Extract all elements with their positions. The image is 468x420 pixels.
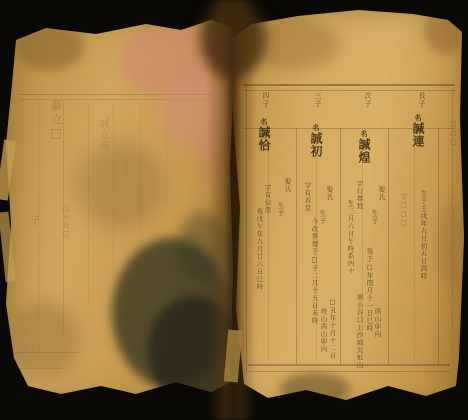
entry-name-text: 諴恰: [257, 126, 271, 152]
entry-detail: 娶氏: [378, 186, 385, 201]
entry-detail: 字有春堂: [304, 182, 311, 212]
entry-name-prefix: 名: [414, 114, 422, 122]
entry-header: 長子: [418, 92, 425, 108]
entry-name-prefix: 名: [260, 118, 268, 126]
brown-stain: [74, 140, 164, 230]
entry-detail: 娶氏: [326, 186, 333, 201]
entry-detail: 字□□□: [400, 193, 407, 228]
entry-detail: 生子: [371, 210, 378, 225]
entry-detail: 歿于□年閏月十一日巳時: [366, 248, 373, 332]
left-faint-text: 子: [28, 215, 38, 226]
entry-detail: 歿戊午年九月廿六日巳時: [256, 208, 263, 291]
entry-detail: 今改葬埋于□子二月十五日未時: [311, 218, 318, 325]
entry-name: 名誠初: [310, 124, 322, 158]
table-bottom-border: [248, 364, 450, 366]
right-page: 長子 名諴連 字□□□ 生于壬戌年九月初五日酉時 次子 名諴煌 娶氏 生子 字行…: [228, 8, 464, 408]
left-page: 夢立□ 誠立亮 子 □十月□ □□□: [6, 14, 234, 406]
table-top-border2: [243, 90, 455, 91]
column-rule: [388, 128, 389, 364]
entry-detail: 酉山卯向: [374, 308, 381, 338]
column-subrule: [268, 134, 269, 360]
entry-name: 名諴連: [412, 114, 424, 148]
left-faint-text: □十月□: [62, 205, 69, 239]
column-rule: [438, 128, 439, 364]
photo-of-genealogy-book: 夢立□ 誠立亮 子 □十月□ □□□: [0, 0, 468, 420]
entry-name-text: 諴煌: [357, 138, 371, 164]
entry-detail: 生三月六日午時系四十: [347, 200, 354, 275]
column-rule: [296, 128, 297, 364]
entry-name-prefix: 名: [360, 130, 368, 138]
entry-name-prefix: 名: [312, 124, 320, 132]
entry-detail: 生子: [277, 202, 284, 217]
entry-detail: 葬小谷口上沙坡大坵山: [356, 294, 363, 369]
brown-stain: [10, 300, 80, 380]
left-faint-text: 夢立□: [50, 100, 62, 141]
entry-header: 三子: [314, 92, 321, 108]
entry-header: 四子: [262, 92, 269, 108]
page-edge-faint-text: □□□: [450, 120, 457, 147]
entry-detail: □丑年十月十二日: [329, 298, 336, 360]
entry-header: 次子: [364, 92, 371, 108]
entry-detail: 字有信然: [264, 184, 271, 214]
table-top-border: [243, 84, 455, 86]
entry-name-text: 諴連: [411, 122, 425, 148]
entry-detail: 字行尊甡: [356, 180, 363, 210]
entry-detail: 生子: [319, 210, 326, 225]
column-rule: [340, 128, 341, 364]
entry-name: 名諴煌: [358, 130, 370, 164]
tear-shadow: [280, 372, 350, 406]
table-bottom-border2: [248, 371, 450, 372]
spine-top-dark-patch: [200, 0, 266, 78]
brown-stain: [440, 200, 466, 290]
brown-stain: [424, 10, 466, 54]
column-subrule: [414, 134, 415, 360]
brown-stain: [14, 24, 84, 70]
entry-name: 名諴恰: [258, 118, 270, 152]
entry-detail: 生于壬戌年九月初五日酉時: [420, 190, 427, 280]
entry-name-text: 誠初: [309, 132, 323, 158]
entry-detail: 坆山酉山卯向: [320, 308, 327, 353]
entry-detail: 娶氏: [284, 178, 291, 193]
